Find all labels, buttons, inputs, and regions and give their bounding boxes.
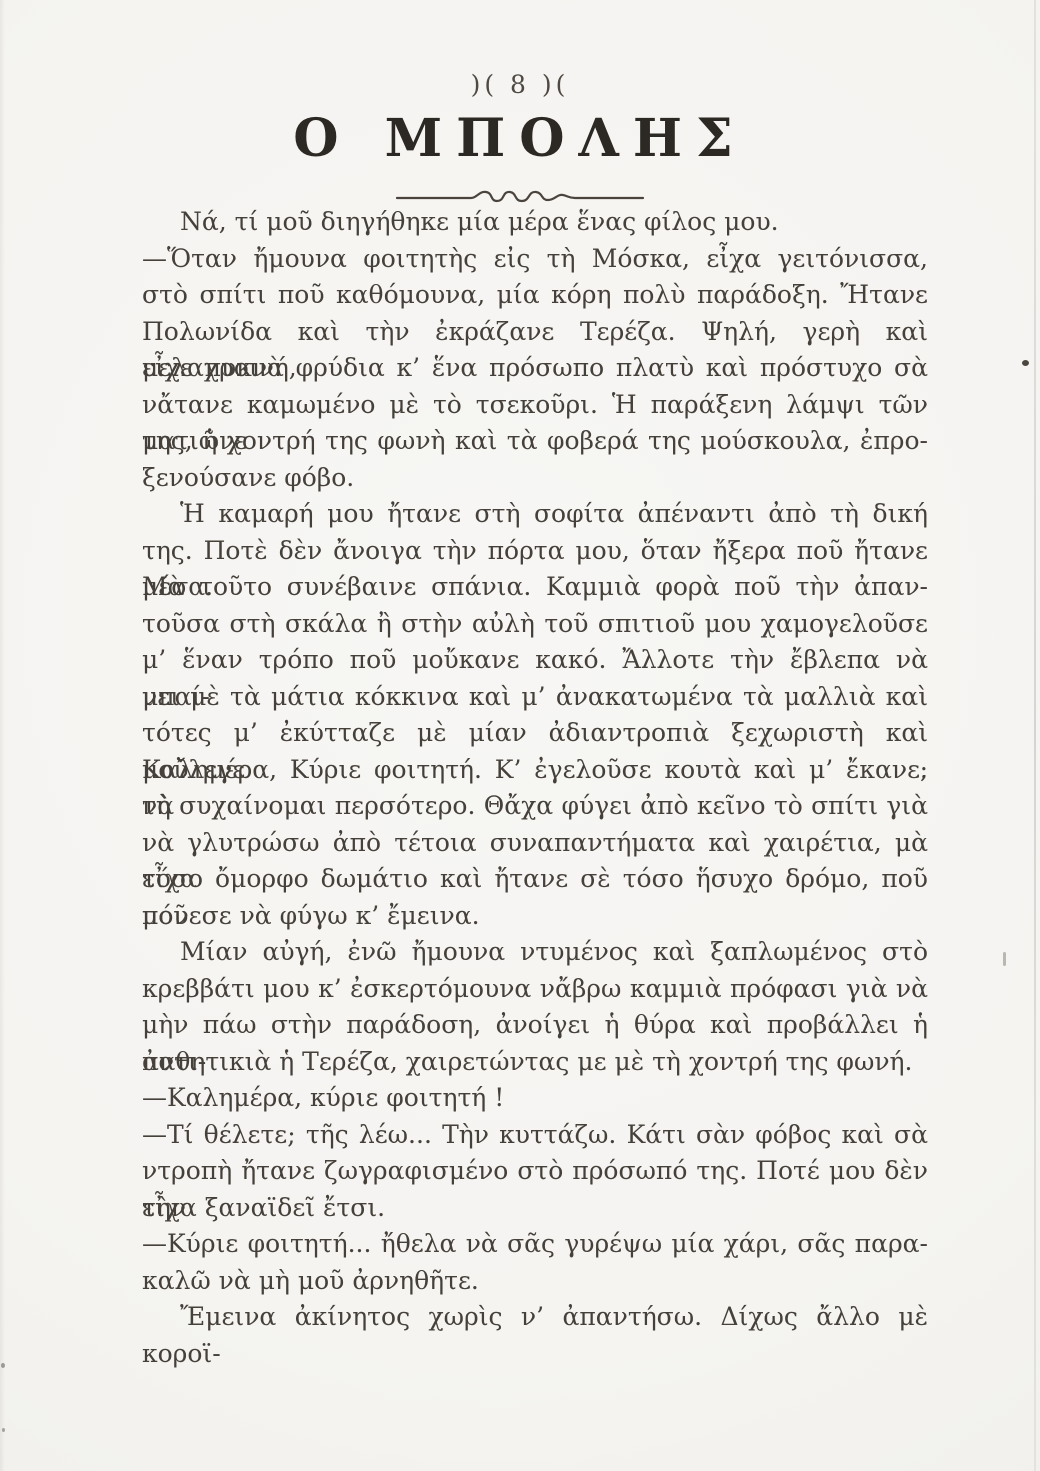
- text-line: Πολωνίδα καὶ τὴν ἐκράζανε Τερέζα. Ψηλή, …: [142, 314, 928, 351]
- text-line: ντροπὴ ἤτανε ζωγραφισμένο στὸ πρόσωπό τη…: [142, 1153, 928, 1190]
- text-line: νὰ γλυτρώσω ἀπὸ τέτοια συναπαντήματα καὶ…: [142, 825, 928, 862]
- story-title: Ο ΜΠΟΛΗΣ: [0, 108, 1040, 169]
- text-line: Ἔμεινα ἀκίνητος χωρὶς ν’ ἀπαντήσω. Δίχως…: [142, 1299, 928, 1336]
- text-line: νἄτανε καμωμένο μὲ τὸ τσεκοῦρι. Ἡ παράξε…: [142, 387, 928, 424]
- text-line: της, ἡ χοντρή της φωνὴ καὶ τὰ φοβερά της…: [142, 423, 928, 460]
- text-line: τότες μ’ ἐκύτταζε μὲ μίαν ἀδιαντροπιὰ ξε…: [142, 715, 928, 752]
- page-right-edge-shadow: [1034, 0, 1036, 1471]
- scanned-book-page: )( 8 )( Ο ΜΠΟΛΗΣ Νά, τί μοῦ διηγήθηκε μί…: [0, 0, 1040, 1471]
- text-line: μ’ ἕναν τρόπο ποῦ μοὔκανε κακό. Ἄλλοτε τ…: [142, 642, 928, 679]
- text-line: Μὰ τοῦτο συνέβαινε σπάνια. Καμμιὰ φορὰ π…: [142, 569, 928, 606]
- ink-speck: [1, 1363, 5, 1368]
- text-line: νει μὲ τὰ μάτια κόκκινα καὶ μ’ ἀνακατωμέ…: [142, 679, 928, 716]
- text-line: εἶχε πυκνὰ φρύδια κ’ ἕνα πρόσωπο πλατὺ κ…: [142, 350, 928, 387]
- text-line: καλῶ νὰ μὴ μοῦ ἀρνηθῆτε.: [142, 1263, 928, 1300]
- text-line: τὴ συχαίνομαι περσότερο. Θἄχα φύγει ἀπὸ …: [142, 788, 928, 825]
- text-line: παθητικιὰ ἡ Τερέζα, χαιρετώντας με μὲ τὴ…: [142, 1044, 928, 1081]
- page-number: )( 8 )(: [0, 70, 1040, 99]
- text-line: —Τί θέλετε; τῆς λέω... Τὴν κυττάζω. Κάτι…: [142, 1117, 928, 1154]
- text-line: Μίαν αὐγή, ἐνῶ ἤμουνα ντυμένος καὶ ξαπλω…: [142, 934, 928, 971]
- text-line: ξενούσανε φόβο.: [142, 460, 928, 497]
- text-line: εἶχα ξαναϊδεῖ ἔτσι.: [142, 1190, 928, 1227]
- text-line: τοῦσα στὴ σκάλα ἢ στὴν αὐλὴ τοῦ σπιτιοῦ …: [142, 606, 928, 643]
- text-line: τόσο ὄμορφο δωμάτιο καὶ ἤτανε σὲ τόσο ἥσ…: [142, 861, 928, 898]
- text-line: —Ὅταν ἤμουνα φοιτητὴς εἰς τὴ Μόσκα, εἶχα…: [142, 241, 928, 278]
- text-line: της. Ποτὲ δὲν ἄνοιγα τὴν πόρτα μου, ὅταν…: [142, 533, 928, 570]
- ink-speck: [2, 1428, 5, 1432]
- text-line: —Καλημέρα, κύριε φοιτητή !: [142, 1080, 928, 1117]
- text-line: Ἡ καμαρή μου ἤτανε στὴ σοφίτα ἀπέναντι ἀ…: [142, 496, 928, 533]
- text-line: κρεββάτι μου κ’ ἐσκερτόμουνα νἄβρω καμμι…: [142, 971, 928, 1008]
- text-line: Νά, τί μοῦ διηγήθηκε μία μέρα ἕνας φίλος…: [142, 204, 928, 241]
- ink-speck: [1022, 360, 1029, 366]
- body-text: Νά, τί μοῦ διηγήθηκε μία μέρα ἕνας φίλος…: [142, 204, 928, 1336]
- text-line: στὸ σπίτι ποῦ καθόμουνα, μία κόρη πολὺ π…: [142, 277, 928, 314]
- page-left-edge-shadow: [0, 0, 5, 1471]
- ink-speck: [1003, 952, 1006, 966]
- text-line: —Κύριε φοιτητή... ἤθελα νὰ σᾶς γυρέψω μί…: [142, 1226, 928, 1263]
- text-line: μὴν πάω στὴν παράδοση, ἀνοίγει ἡ θύρα κα…: [142, 1007, 928, 1044]
- text-line: πόνεσε νὰ φύγω κ’ ἔμεινα.: [142, 898, 928, 935]
- text-line: Καλημέρα, Κύριε φοιτητή. Κ’ ἐγελοῦσε κου…: [142, 752, 928, 789]
